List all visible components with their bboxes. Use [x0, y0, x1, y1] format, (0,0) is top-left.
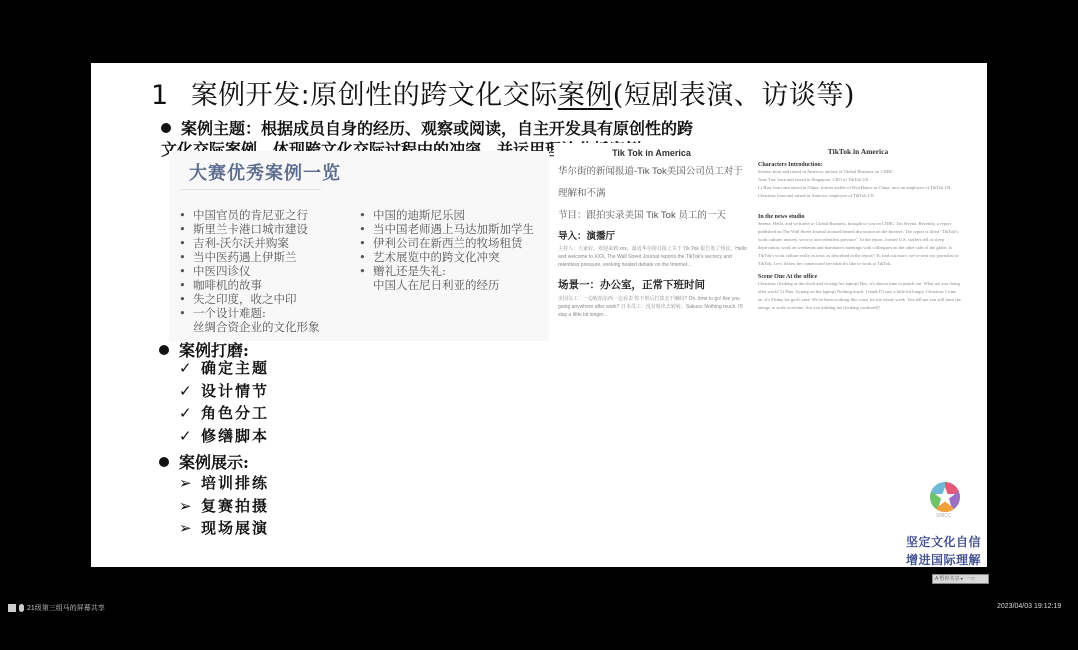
microphone-icon[interactable] [19, 604, 24, 612]
divider [181, 189, 321, 190]
case-item: 中国的迪斯尼乐园 [359, 208, 534, 222]
showcase-item: ➢培训排练 [179, 472, 269, 495]
arrow-icon: ➢ [179, 472, 201, 495]
doc-line: Serena: born and raised in America, anch… [754, 168, 962, 176]
bullet-dot-icon [159, 345, 169, 355]
title-underlined: 案例 [558, 80, 613, 111]
title-number: 1 [151, 80, 169, 111]
doc-section-heading: 场景一：办公室，正常下班时间 [554, 277, 749, 292]
screen-share-toolbar[interactable]: A 暂停共享 ▸ 一 □ [932, 574, 989, 584]
check-icon: ✓ [179, 402, 201, 425]
script-doc-chinese: Tik Tok in America 华尔街的新闻报道-Tik Tok美国公司员… [554, 143, 749, 443]
case-item: 中医四诊仪 [179, 264, 320, 278]
case-item: 伊利公司在新西兰的牧场租赁 [359, 236, 534, 250]
doc-paragraph: 主持人：大家好，欢迎来到 xxx。最近华尔街日报上关于 Tik Tok 报告发了… [554, 245, 749, 269]
doc-line: Christina: born and raised in America, e… [754, 192, 962, 200]
meeting-name: 21级第三组马的屏幕共享 [27, 603, 105, 613]
doc-line: 节目：跟拍实录美国 Tik Tok 员工的一天 [554, 208, 749, 224]
doc-line: Li Hua: born and raised in China, former… [754, 184, 962, 192]
screen-share-icon [8, 604, 16, 612]
polish-item: ✓角色分工 [179, 402, 269, 425]
case-item: 斯里兰卡港口城市建设 [179, 222, 320, 236]
motto: 坚定文化自信 增进国际理解 [906, 533, 981, 569]
doc-paragraph: 美国员工：一边收拾东西一边看表 你下班后打算去干嘛吗? Oh, time to … [554, 295, 749, 319]
case-item: 失之印度，收之中印 [179, 292, 320, 306]
arrow-icon: ➢ [179, 495, 201, 518]
doc-paragraph: Serena: Hello, and welcome to Global Bus… [754, 220, 962, 268]
case-list-column-1: 中国官员的肯尼亚之行 斯里兰卡港口城市建设 吉利-沃尔沃并购案 当中医药遇上伊斯… [179, 208, 320, 334]
doc-paragraph: Christina: (looking at the clock and clo… [754, 280, 962, 312]
case-list-column-2: 中国的迪斯尼乐园 当中国老师遇上马达加斯加学生 伊利公司在新西兰的牧场租赁 艺术… [359, 208, 534, 292]
check-icon: ✓ [179, 357, 201, 380]
case-item: 赠礼还是失礼:中国人在尼日利亚的经历 [359, 264, 534, 292]
case-item: 艺术展览中的跨文化冲突 [359, 250, 534, 264]
showcase-item: ➢现场展演 [179, 517, 269, 540]
case-item: 当中国老师遇上马达加斯加学生 [359, 222, 534, 236]
title-rest: 原创性的跨文化交际 [310, 80, 558, 111]
case-item: 吉利-沃尔沃并购案 [179, 236, 320, 250]
showcase-list: ➢培训排练 ➢复赛拍摄 ➢现场展演 [179, 472, 269, 540]
case-preview-heading: 大赛优秀案例一览 [189, 159, 341, 185]
case-item: 一个设计难题:丝绸合资企业的文化形象 [179, 306, 320, 334]
shared-slide: 1案例开发:原创性的跨文化交际案例(短剧表演、访谈等) 案例主题：根据成员自身的… [91, 63, 987, 567]
case-preview-panel: 大赛优秀案例一览 中国官员的肯尼亚之行 斯里兰卡港口城市建设 吉利-沃尔沃并购案… [169, 151, 549, 341]
arrow-icon: ➢ [179, 517, 201, 540]
case-item: 中国官员的肯尼亚之行 [179, 208, 320, 222]
polish-item: ✓设计情节 [179, 380, 269, 403]
doc-line: Amy Tan: born and raised in Singapore, C… [754, 176, 962, 184]
title-lead: 案例开发: [191, 80, 311, 111]
check-icon: ✓ [179, 380, 201, 403]
case-item: 咖啡机的故事 [179, 278, 320, 292]
case-item: 当中医药遇上伊斯兰 [179, 250, 320, 264]
bullet-dot-icon [161, 123, 171, 133]
script-doc-english: TikTok in America Characters Introductio… [754, 143, 962, 433]
check-icon: ✓ [179, 425, 201, 448]
bullet-dot-icon [159, 457, 169, 467]
polish-item: ✓修缮脚本 [179, 425, 269, 448]
polish-item: ✓确定主题 [179, 357, 269, 380]
polish-list: ✓确定主题 ✓设计情节 ✓角色分工 ✓修缮脚本 [179, 357, 269, 447]
doc-section-heading: 导入：演播厅 [554, 228, 749, 242]
showcase-item: ➢复赛拍摄 [179, 495, 269, 518]
share-status: 21级第三组马的屏幕共享 [8, 603, 105, 613]
doc-title: Tik Tok in America [554, 148, 749, 158]
logo-text: SNICC [936, 513, 952, 519]
title-suffix: (短剧表演、访谈等) [613, 80, 855, 111]
showcase-heading: 案例展示: [159, 450, 249, 473]
snicc-logo-icon [928, 480, 962, 514]
slide-title: 1案例开发:原创性的跨文化交际案例(短剧表演、访谈等) [151, 73, 855, 112]
doc-line: 理解和不满 [554, 186, 749, 202]
doc-line: 华尔街的新闻报道-Tik Tok美国公司员工对于 [554, 164, 749, 180]
doc-title: TikTok in America [754, 147, 962, 156]
timestamp: 2023/04/03 19:12:19 [997, 603, 1061, 610]
